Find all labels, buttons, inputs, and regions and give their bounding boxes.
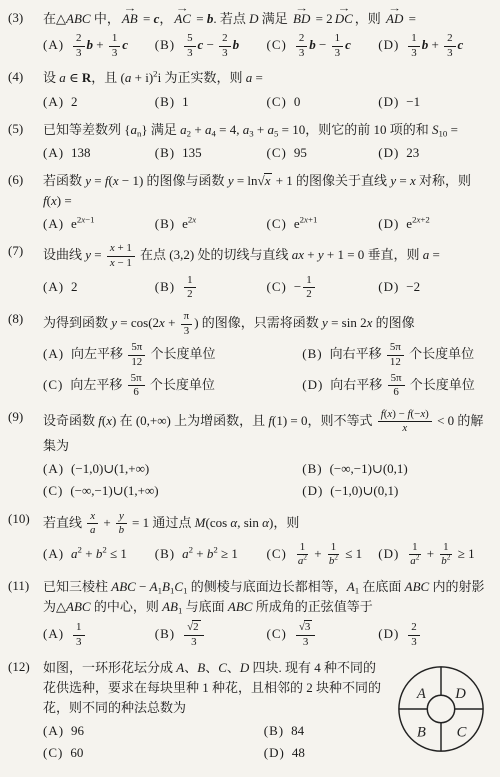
options-row: (A)2(B)12(C)−12(D)−2	[8, 273, 490, 303]
option-value: 2	[71, 279, 78, 294]
option-B: (B)53c − 23b	[155, 32, 267, 60]
options-row: (A)(−1,0)∪(1,+∞)(B)(−∞,−1)∪(0,1)(C)(−∞,−…	[8, 458, 490, 502]
option-value: √33	[294, 626, 317, 641]
option-value: 53c − 23b	[182, 37, 239, 52]
inner-circle	[427, 695, 454, 722]
option-value: 13b + 23c	[406, 37, 463, 52]
option-A: (A)2	[43, 277, 155, 297]
option-label: (A)	[43, 626, 64, 641]
question-6: (6)若函数 y = f(x − 1) 的图像与函数 y = ln√x + 1 …	[8, 171, 490, 235]
option-D: (D)13b + 23c	[378, 32, 490, 60]
option-D: (D)e2x+2	[378, 214, 490, 234]
question-8: (8)为得到函数 y = cos(2x + π3) 的图像，只需将函数 y = …	[8, 310, 490, 401]
question-row: (3)在△ABC 中，AB = c，AC = b. 若点 D 满足 BD = 2…	[8, 9, 490, 29]
options-row: (A)138(B)135(C)95(D)23	[8, 142, 490, 164]
option-label: (B)	[155, 216, 175, 231]
question-row: (6)若函数 y = f(x − 1) 的图像与函数 y = ln√x + 1 …	[8, 171, 490, 211]
option-D: (D)23	[378, 621, 490, 649]
question-row: (10)若直线 xa + yb = 1 通过点 M(cos α, sin α)，…	[8, 510, 490, 538]
question-row: (11)已知三棱柱 ABC − A1B1C1 的侧棱与底面边长都相等，A1 在底…	[8, 577, 490, 617]
option-label: (A)	[43, 37, 64, 52]
option-label: (A)	[43, 723, 64, 738]
question-stem: 设奇函数 f(x) 在 (0,+∞) 上为增函数，且 f(1) = 0，则不等式…	[43, 408, 490, 456]
option-value: (−1,0)∪(1,+∞)	[71, 461, 149, 476]
option-B: (B)a2 + b2 ≥ 1	[155, 544, 267, 564]
option-label: (D)	[302, 483, 323, 498]
option-C: (C)1a2 + 1b2 ≤ 1	[267, 541, 379, 569]
option-C: (C)95	[267, 143, 379, 163]
option-C: (C)√33	[267, 620, 379, 649]
option-B: (B)12	[155, 274, 267, 302]
option-value: 23	[406, 626, 421, 641]
question-number: (4)	[8, 68, 43, 85]
options-row: (A)2(B)1(C)0(D)−1	[8, 91, 490, 113]
option-value: 48	[292, 745, 305, 760]
question-10: (10)若直线 xa + yb = 1 通过点 M(cos α, sin α)，…	[8, 510, 490, 571]
options-row: (A)13(B)√23(C)√33(D)23	[8, 619, 490, 650]
option-value: e2x	[182, 216, 196, 231]
option-label: (D)	[378, 94, 399, 109]
option-label: (B)	[155, 145, 175, 160]
option-value: e2x+1	[294, 216, 318, 231]
option-label: (D)	[378, 216, 399, 231]
options-row: (A)96(B)84(C)60(D)48	[8, 720, 388, 764]
option-B: (B)向右平移 5π12 个长度单位	[302, 341, 490, 369]
option-value: 1	[182, 94, 189, 109]
option-B: (B)e2x	[155, 214, 267, 234]
option-B: (B)1	[155, 92, 267, 112]
option-label: (C)	[43, 483, 63, 498]
question-5: (5)已知等差数列 {an} 满足 a2 + a4 = 4, a3 + a5 =…	[8, 120, 490, 164]
options-row: (A)e2x−1(B)e2x(C)e2x+1(D)e2x+2	[8, 213, 490, 235]
option-label: (D)	[264, 745, 285, 760]
question-row: (8)为得到函数 y = cos(2x + π3) 的图像，只需将函数 y = …	[8, 310, 490, 338]
option-label: (D)	[378, 546, 399, 561]
option-B: (B)(−∞,−1)∪(0,1)	[302, 459, 490, 479]
question-7: (7)设曲线 y = x + 1x − 1 在点 (3,2) 处的切线与直线 a…	[8, 242, 490, 303]
option-value: 23	[406, 145, 419, 160]
option-value: 2	[71, 94, 78, 109]
option-label: (A)	[43, 145, 64, 160]
question-stem: 若函数 y = f(x − 1) 的图像与函数 y = ln√x + 1 的图像…	[43, 171, 490, 211]
question-stem: 在△ABC 中，AB = c，AC = b. 若点 D 满足 BD = 2DC，…	[43, 9, 490, 29]
option-value: a2 + b2 ≥ 1	[182, 546, 238, 561]
option-B: (B)84	[264, 721, 388, 741]
option-C: (C)e2x+1	[267, 214, 379, 234]
option-value: 1a2 + 1b2 ≤ 1	[294, 546, 362, 561]
question-number: (5)	[8, 120, 43, 137]
option-C: (C)(−∞,−1)∪(1,+∞)	[43, 481, 302, 501]
option-value: 13	[71, 626, 86, 641]
option-label: (B)	[155, 279, 175, 294]
options-row: (A)a2 + b2 ≤ 1(B)a2 + b2 ≥ 1(C)1a2 + 1b2…	[8, 540, 490, 570]
option-label: (B)	[155, 626, 175, 641]
question-stem: 为得到函数 y = cos(2x + π3) 的图像，只需将函数 y = sin…	[43, 310, 490, 338]
option-value: (−1,0)∪(0,1)	[330, 483, 398, 498]
question-12: (12)如图，一环形花坛分成 A、B、C、D 四块. 现有 4 种不同的花供选种…	[8, 658, 490, 765]
question-number: (6)	[8, 171, 43, 188]
option-A: (A)e2x−1	[43, 214, 155, 234]
question-number: (7)	[8, 242, 43, 259]
option-D: (D)−2	[378, 277, 490, 297]
option-B: (B)√23	[155, 620, 267, 649]
option-value: e2x+2	[406, 216, 430, 231]
option-label: (B)	[155, 546, 175, 561]
option-value: −1	[406, 94, 420, 109]
option-value: 95	[294, 145, 307, 160]
options-row: (A)向左平移 5π12 个长度单位(B)向右平移 5π12 个长度单位(C)向…	[8, 340, 490, 401]
option-value: 23b + 13c	[71, 37, 128, 52]
option-A: (A)96	[43, 721, 264, 741]
option-value: 1a2 + 1b2 ≥ 1	[406, 546, 474, 561]
figure-block-label-A: A	[416, 686, 427, 702]
option-label: (B)	[264, 723, 284, 738]
option-label: (A)	[43, 279, 64, 294]
option-value: 0	[294, 94, 301, 109]
option-label: (C)	[267, 279, 287, 294]
flowerbed-ring-figure: ADBC	[394, 662, 488, 756]
option-value: −12	[294, 279, 317, 294]
option-label: (D)	[378, 37, 399, 52]
option-A: (A)向左平移 5π12 个长度单位	[43, 341, 302, 369]
question-stem: 设曲线 y = x + 1x − 1 在点 (3,2) 处的切线与直线 ax +…	[43, 242, 490, 270]
option-label: (C)	[267, 37, 287, 52]
option-label: (A)	[43, 546, 64, 561]
option-A: (A)13	[43, 621, 155, 649]
option-value: 23b − 13c	[294, 37, 351, 52]
question-row: (9)设奇函数 f(x) 在 (0,+∞) 上为增函数，且 f(1) = 0，则…	[8, 408, 490, 456]
question-number: (9)	[8, 408, 43, 425]
figure-block-label-C: C	[457, 724, 467, 740]
option-C: (C)0	[267, 92, 379, 112]
option-value: 12	[182, 279, 197, 294]
option-label: (C)	[43, 745, 63, 760]
question-row: (4)设 a ∈ R，且 (a + i)2i 为正实数，则 a =	[8, 68, 490, 88]
option-D: (D)(−1,0)∪(0,1)	[302, 481, 490, 501]
question-row: (7)设曲线 y = x + 1x − 1 在点 (3,2) 处的切线与直线 a…	[8, 242, 490, 270]
option-value: 向右平移 5π12 个长度单位	[330, 346, 475, 361]
option-value: a2 + b2 ≤ 1	[71, 546, 127, 561]
option-C: (C)23b − 13c	[267, 32, 379, 60]
option-label: (A)	[43, 94, 64, 109]
option-label: (C)	[267, 546, 287, 561]
option-label: (D)	[378, 279, 399, 294]
option-value: −2	[406, 279, 420, 294]
option-value: 96	[71, 723, 84, 738]
option-C: (C)−12	[267, 274, 379, 302]
option-label: (B)	[302, 461, 322, 476]
question-11: (11)已知三棱柱 ABC − A1B1C1 的侧棱与底面边长都相等，A1 在底…	[8, 577, 490, 651]
option-D: (D)−1	[378, 92, 490, 112]
option-label: (A)	[43, 216, 64, 231]
option-label: (D)	[302, 377, 323, 392]
question-number: (12)	[8, 658, 43, 675]
option-value: 向左平移 5π6 个长度单位	[70, 377, 215, 392]
option-label: (C)	[43, 377, 63, 392]
option-value: 向右平移 5π6 个长度单位	[330, 377, 475, 392]
option-label: (C)	[267, 94, 287, 109]
option-label: (C)	[267, 145, 287, 160]
option-D: (D)48	[264, 743, 388, 763]
option-A: (A)(−1,0)∪(1,+∞)	[43, 459, 302, 479]
option-label: (B)	[302, 346, 322, 361]
question-3: (3)在△ABC 中，AB = c，AC = b. 若点 D 满足 BD = 2…	[8, 9, 490, 61]
question-4: (4)设 a ∈ R，且 (a + i)2i 为正实数，则 a =(A)2(B)…	[8, 68, 490, 112]
option-C: (C)向左平移 5π6 个长度单位	[43, 372, 302, 400]
option-value: (−∞,−1)∪(1,+∞)	[70, 483, 158, 498]
question-number: (10)	[8, 510, 43, 527]
option-A: (A)a2 + b2 ≤ 1	[43, 544, 155, 564]
option-value: 138	[71, 145, 91, 160]
option-C: (C)60	[43, 743, 264, 763]
exam-page: (3)在△ABC 中，AB = c，AC = b. 若点 D 满足 BD = 2…	[0, 0, 500, 775]
option-B: (B)135	[155, 143, 267, 163]
question-stem: 已知三棱柱 ABC − A1B1C1 的侧棱与底面边长都相等，A1 在底面 AB…	[43, 577, 490, 617]
option-label: (A)	[43, 346, 64, 361]
question-number: (8)	[8, 310, 43, 327]
option-value: √23	[182, 626, 205, 641]
option-label: (B)	[155, 37, 175, 52]
options-row: (A)23b + 13c(B)53c − 23b(C)23b − 13c(D)1…	[8, 31, 490, 61]
question-9: (9)设奇函数 f(x) 在 (0,+∞) 上为增函数，且 f(1) = 0，则…	[8, 408, 490, 503]
option-label: (D)	[378, 626, 399, 641]
option-label: (C)	[267, 216, 287, 231]
option-D: (D)23	[378, 143, 490, 163]
question-list: (3)在△ABC 中，AB = c，AC = b. 若点 D 满足 BD = 2…	[8, 9, 490, 764]
option-label: (C)	[267, 626, 287, 641]
option-value: 84	[291, 723, 304, 738]
question-row: (5)已知等差数列 {an} 满足 a2 + a4 = 4, a3 + a5 =…	[8, 120, 490, 140]
option-D: (D)向右平移 5π6 个长度单位	[302, 372, 490, 400]
figure-block-label-B: B	[417, 724, 426, 740]
option-value: 60	[70, 745, 83, 760]
question-stem: 已知等差数列 {an} 满足 a2 + a4 = 4, a3 + a5 = 10…	[43, 120, 490, 140]
option-A: (A)2	[43, 92, 155, 112]
question-number: (11)	[8, 577, 43, 594]
option-value: e2x−1	[71, 216, 95, 231]
option-A: (A)138	[43, 143, 155, 163]
option-label: (D)	[378, 145, 399, 160]
question-stem: 如图，一环形花坛分成 A、B、C、D 四块. 现有 4 种不同的花供选种，要求在…	[43, 658, 388, 718]
option-value: 向左平移 5π12 个长度单位	[71, 346, 216, 361]
figure-block-label-D: D	[454, 686, 466, 702]
option-value: (−∞,−1)∪(0,1)	[330, 461, 408, 476]
question-number: (3)	[8, 9, 43, 26]
option-label: (B)	[155, 94, 175, 109]
option-value: 135	[182, 145, 202, 160]
question-stem: 设 a ∈ R，且 (a + i)2i 为正实数，则 a =	[43, 68, 490, 88]
option-A: (A)23b + 13c	[43, 32, 155, 60]
question-stem: 若直线 xa + yb = 1 通过点 M(cos α, sin α)，则	[43, 510, 490, 538]
option-D: (D)1a2 + 1b2 ≥ 1	[378, 541, 490, 569]
option-label: (A)	[43, 461, 64, 476]
